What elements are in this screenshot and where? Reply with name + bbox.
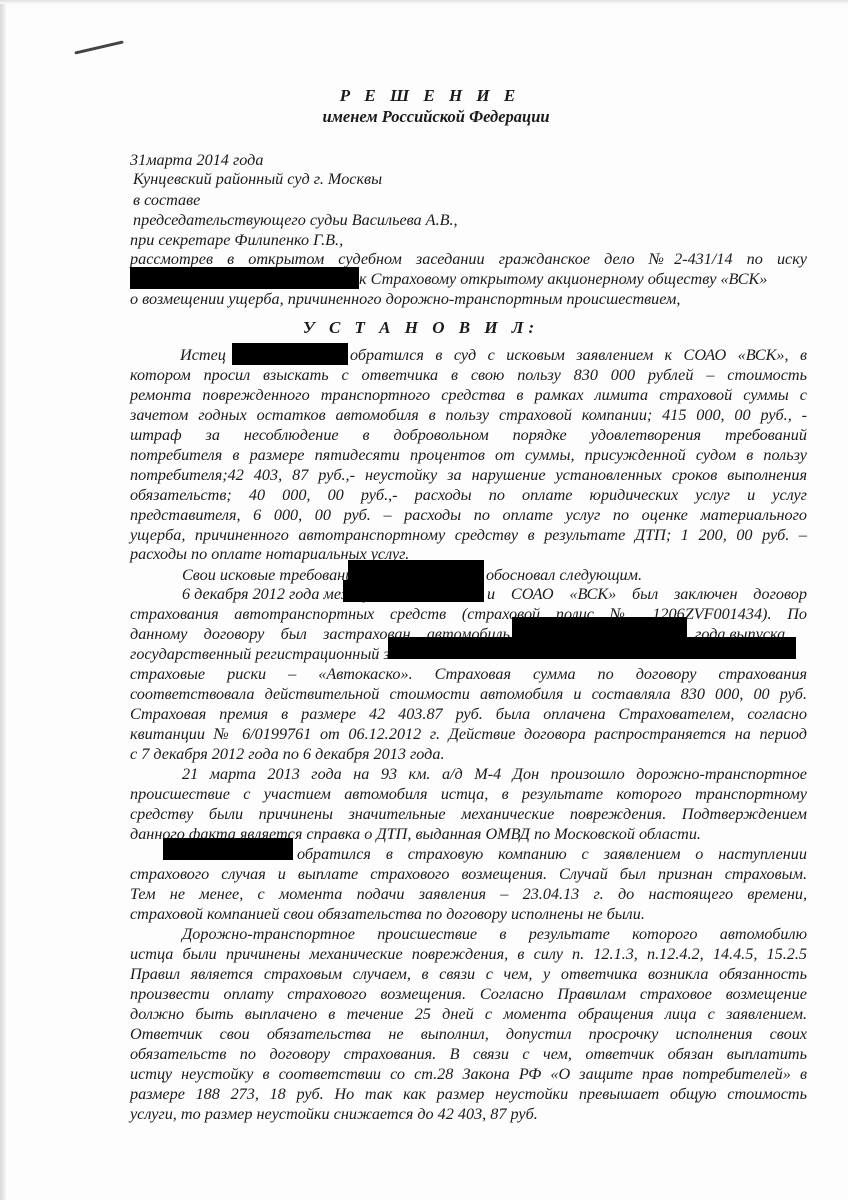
redacted-car-model [512, 617, 687, 639]
redacted-plaintiff-name [343, 580, 484, 602]
p1-line: штраф за несоблюдение в добровольном пор… [130, 425, 807, 445]
p1-line: ущерба, причиненного автотранспортному с… [130, 525, 807, 545]
p6-line: размере 188 273, 18 руб. Но так как разм… [130, 1084, 807, 1104]
section-heading: У С Т А Н О В И Л: [0, 318, 845, 338]
decision-date: 31марта 2014 года [130, 150, 263, 170]
document-subtitle: именем Российской Федерации [12, 107, 848, 127]
p6-line: обязательств по договору страхования. В … [130, 1044, 807, 1064]
document-title: Р Е Ш Е Н И Е [6, 86, 848, 106]
p3-line: Страховая премия в размере 42 403.87 руб… [130, 704, 807, 724]
p5-line: страховой компанией свои обязательства п… [130, 904, 645, 924]
page-edge-shadow [0, 0, 6, 1200]
defendant-line: к Страховому открытому акционерному обще… [359, 269, 767, 289]
redacted-plaintiff-name [163, 838, 293, 860]
p3-line: соответствовала действительной стоимости… [130, 684, 807, 704]
p1-line: обязательств; 40 000, 00 руб.,- расходы … [130, 485, 807, 505]
redacted-license-plate [388, 637, 796, 659]
p6-line: истца были причинены механические повреж… [130, 944, 807, 964]
redacted-plaintiff-name [130, 267, 359, 289]
redacted-plaintiff-name [348, 560, 484, 582]
p4-line: происшествие с участием автомобиля истца… [130, 784, 807, 804]
p6-line: Дорожно-транспортное происшествие в резу… [182, 924, 807, 944]
court-name: Кунцевский районный суд г. Москвы [133, 169, 382, 189]
p1-line: потребителя;42 403, 87 руб.,- неустойку … [130, 465, 807, 485]
p6-line: истцу неустойку в соответствии со ст.28 … [130, 1064, 807, 1084]
p1-line: котором просил взыскать с ответчика в св… [130, 365, 807, 385]
p6-line: услуги, то размер неустойки снижается до… [130, 1104, 538, 1124]
p5-line: Тем не менее, с момента подачи заявления… [130, 884, 807, 904]
p1-line: зачетом годных остатков автомобиля в пол… [130, 405, 807, 425]
p3-line: страхования автотранспортных средств (ст… [130, 604, 807, 624]
p6-line: должно быть выплачено в течение 25 дней … [130, 1004, 807, 1024]
p2-end: обосновал следующим. [486, 565, 642, 585]
p3-line: квитанции № 6/0199761 от 06.12.2012 г. Д… [130, 724, 807, 744]
judge-line: председательствующего судьи Васильева А.… [133, 210, 458, 230]
p4-line: 21 марта 2013 года на 93 км. а/д М-4 Дон… [182, 764, 807, 784]
case-line: рассмотрев в открытом судебном заседании… [130, 249, 807, 269]
p2-start: Свои исковые требования [182, 565, 361, 585]
p1-line: обратился в суд с исковым заявлением к С… [350, 345, 807, 365]
p6-line: Правил является страховым случаем, в свя… [130, 964, 807, 984]
p3-line: государственный регистрационный знак [130, 644, 387, 664]
p1-line: потребителя в размере пятидесяти процент… [130, 445, 807, 465]
p4-line: средству были причинены значительные мех… [130, 804, 807, 824]
p3-end: и СОАО «ВСК» был заключен договор [487, 584, 807, 604]
p5-line: обратился в страховую компанию с заявлен… [297, 844, 807, 864]
subject-line: о возмещении ущерба, причиненного дорожн… [130, 289, 680, 309]
p3-line: с 7 декабря 2012 года по 6 декабря 2013 … [130, 744, 445, 764]
secretary-line: при секретаре Филипенко Г.В., [130, 230, 343, 250]
page-edge-top-shadow [0, 0, 848, 4]
p1-line: представителя, 6 000, 00 руб. – расходы … [130, 505, 807, 525]
p5-line: страхового случая и выплате страхового в… [130, 864, 807, 884]
p6-line: Ответчик свои обязательства не выполнил,… [130, 1024, 807, 1044]
redacted-plaintiff-name [232, 343, 348, 365]
p1-line: ремонта поврежденного транспортного сред… [130, 385, 807, 405]
p6-line: произвести оплату страхового возмещения.… [130, 984, 807, 1004]
p3-line: страховые риски – «Автокаско». Страховая… [130, 664, 807, 684]
pen-mark [74, 40, 123, 54]
p1-start: Истец [180, 345, 226, 365]
composition-label: в составе [133, 190, 200, 210]
